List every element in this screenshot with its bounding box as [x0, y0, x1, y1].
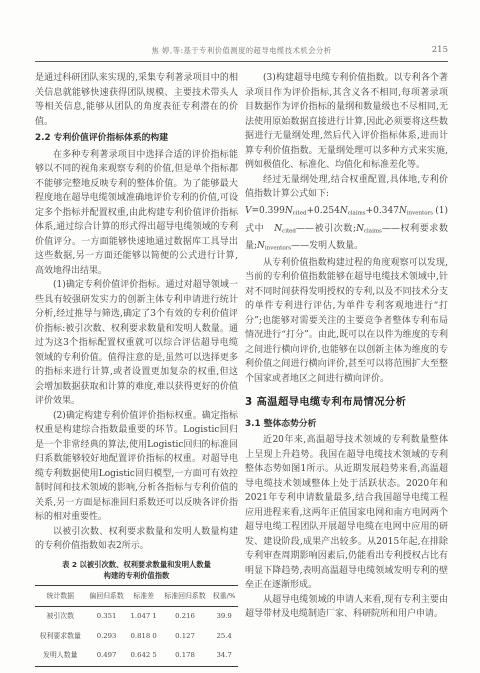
page-number: 215 — [432, 45, 448, 55]
formula-var-n: N — [356, 224, 364, 234]
formula-1: V=0.399Ncited+0.254Nclaims+0.347Ninvento… — [245, 204, 448, 221]
formula-number: (1) — [435, 204, 448, 219]
table-cell: 0.293 — [86, 626, 128, 646]
formula-var-n: N — [399, 206, 407, 216]
section-heading-2-2: 2.2 专利价值评价指标体系的构建 — [35, 131, 238, 146]
left-column: 是通过科研团队来实现的,采集专利著录项目中的相关信息就能够快速获得团队规模、主要… — [35, 71, 238, 667]
paragraph-item-2: (2)确定构建专利价值评价指标权重。确定指标权重是构建综合指数最重要的环节。Lo… — [35, 409, 238, 525]
table-cell: 权利要求数量 — [35, 626, 86, 646]
table-cell: 0.818 0 — [128, 626, 160, 646]
paragraph: 从超导电缆领域的申请人来看,现有专利主要由超导带材及电缆制造厂家、科研院所和用户… — [245, 593, 448, 622]
table-cell: 发明人数量 — [35, 646, 86, 666]
subsection-heading-3-1: 3.1 整体态势分析 — [245, 417, 448, 432]
paragraph-formula-intro: 经过无量纲处理,结合权重配置,具体地,专利价值指数计算公式如下: — [245, 173, 448, 202]
table-cell: 25.4 — [210, 626, 238, 646]
table-cell: 34.7 — [210, 646, 238, 666]
paragraph-continuation: 是通过科研团队来实现的,采集专利著录项目中的相关信息就能够快速获得团队规模、主要… — [35, 71, 238, 129]
section-heading-3: 3 高温超导电缆专利布局情况分析 — [245, 395, 448, 410]
table-header-row: 统计数据 偏回归系数 标准差 标准回归系数 权重/% — [35, 585, 238, 606]
em-dash: —— — [291, 241, 309, 251]
formula-coef: +0.347 — [366, 206, 399, 216]
paper-page: 焦 婷,等:基于专利价值测度的超导电缆技术机会分析 215 是通过科研团队来实现… — [0, 0, 480, 673]
formula-legend: 式中Ncited——被引次数;Nclaims——权利要求数量;Ninventor… — [245, 222, 448, 256]
table-header-cell: 标准差 — [128, 585, 160, 606]
formula-subscript: inventors — [407, 210, 433, 216]
formula-legend-term: 被引次数; — [314, 224, 356, 234]
table-header-cell: 权重/% — [210, 585, 238, 606]
table-cell: 0.178 — [160, 646, 211, 666]
table-row: 权利要求数量 0.293 0.818 0 0.127 25.4 — [35, 626, 238, 646]
running-title: 焦 婷,等:基于专利价值测度的超导电缆技术机会分析 — [35, 46, 448, 56]
table-2: 表 2 以被引次数、权利要求数量和发明人数量 构建的专利价值指数 统计数据 偏回… — [35, 559, 238, 667]
table-cell: 0.351 — [86, 606, 128, 626]
table-header-cell: 标准回归系数 — [160, 585, 211, 606]
paragraph-item-3: (3)构建超导电缆专利价值指数。以专利各个著录项目作为评价指标,其含义各不相同,… — [245, 71, 448, 173]
formula-coef: =0.399 — [252, 206, 285, 216]
table-row: 被引次数 0.351 1.047 1 0.216 39.9 — [35, 606, 238, 626]
table-cell: 39.9 — [210, 606, 238, 626]
paragraph: 近20年来,高温超导技术领域的专利数量整体上呈现上升趋势。我国在超导电缆技术领域… — [245, 433, 448, 593]
formula-subscript: inventors — [265, 245, 291, 251]
table-cell: 0.642 5 — [128, 646, 160, 666]
table-caption-line2: 构建的专利价值指数 — [35, 570, 238, 581]
formula-subscript: cited — [293, 210, 307, 216]
formula-var-n: N — [257, 241, 265, 251]
formula-var-n: N — [274, 224, 282, 234]
running-header: 焦 婷,等:基于专利价值测度的超导电缆技术机会分析 215 — [35, 46, 448, 60]
em-dash: —— — [296, 224, 314, 234]
table-cell: 0.216 — [160, 606, 211, 626]
table-header-cell: 统计数据 — [35, 585, 86, 606]
paragraph: 从专利价值指数构建过程的角度观察可以发现,当前的专利价值指数能够在超导电缆技术领… — [245, 256, 448, 387]
header-rule — [35, 61, 448, 62]
right-column: (3)构建超导电缆专利价值指数。以专利各个著录项目作为评价指标,其含义各不相同,… — [245, 71, 448, 622]
formula-subscript: claims — [364, 228, 382, 234]
table-caption-line1: 表 2 以被引次数、权利要求数量和发明人数量 — [35, 559, 238, 570]
table-cell: 0.127 — [160, 626, 211, 646]
formula-var-n: N — [285, 206, 293, 216]
table-header-cell: 偏回归系数 — [86, 585, 128, 606]
formula-expression: V=0.399Ncited+0.254Nclaims+0.347Ninvento… — [245, 204, 433, 221]
table-row: 发明人数量 0.497 0.642 5 0.178 34.7 — [35, 646, 238, 666]
formula-coef: +0.254 — [307, 206, 340, 216]
formula-legend-lead: 式中 — [245, 224, 264, 234]
paragraph-table-intro: 以被引次数、权利要求数量和发明人数量构建的专利价值指数如表2所示。 — [35, 525, 238, 554]
paragraph-item-1: (1)确定专利价值评价指标。通过对超导领域一些具有较强研发实力的创新主体专利申请… — [35, 278, 238, 409]
table-cell: 被引次数 — [35, 606, 86, 626]
formula-legend-term: 发明人数量。 — [309, 241, 363, 251]
em-dash: —— — [382, 224, 400, 234]
table-cell: 0.497 — [86, 646, 128, 666]
formula-subscript: cited — [282, 228, 296, 234]
paragraph: 在多种专利著录项目中选择合适的评价指标能够以不同的视角来观察专利的价值,但是单个… — [35, 148, 238, 279]
formula-subscript: claims — [348, 210, 366, 216]
formula-var-n: N — [340, 206, 348, 216]
patent-value-index-table: 统计数据 偏回归系数 标准差 标准回归系数 权重/% 被引次数 0.351 1.… — [35, 585, 238, 667]
table-cell: 1.047 1 — [128, 606, 160, 626]
